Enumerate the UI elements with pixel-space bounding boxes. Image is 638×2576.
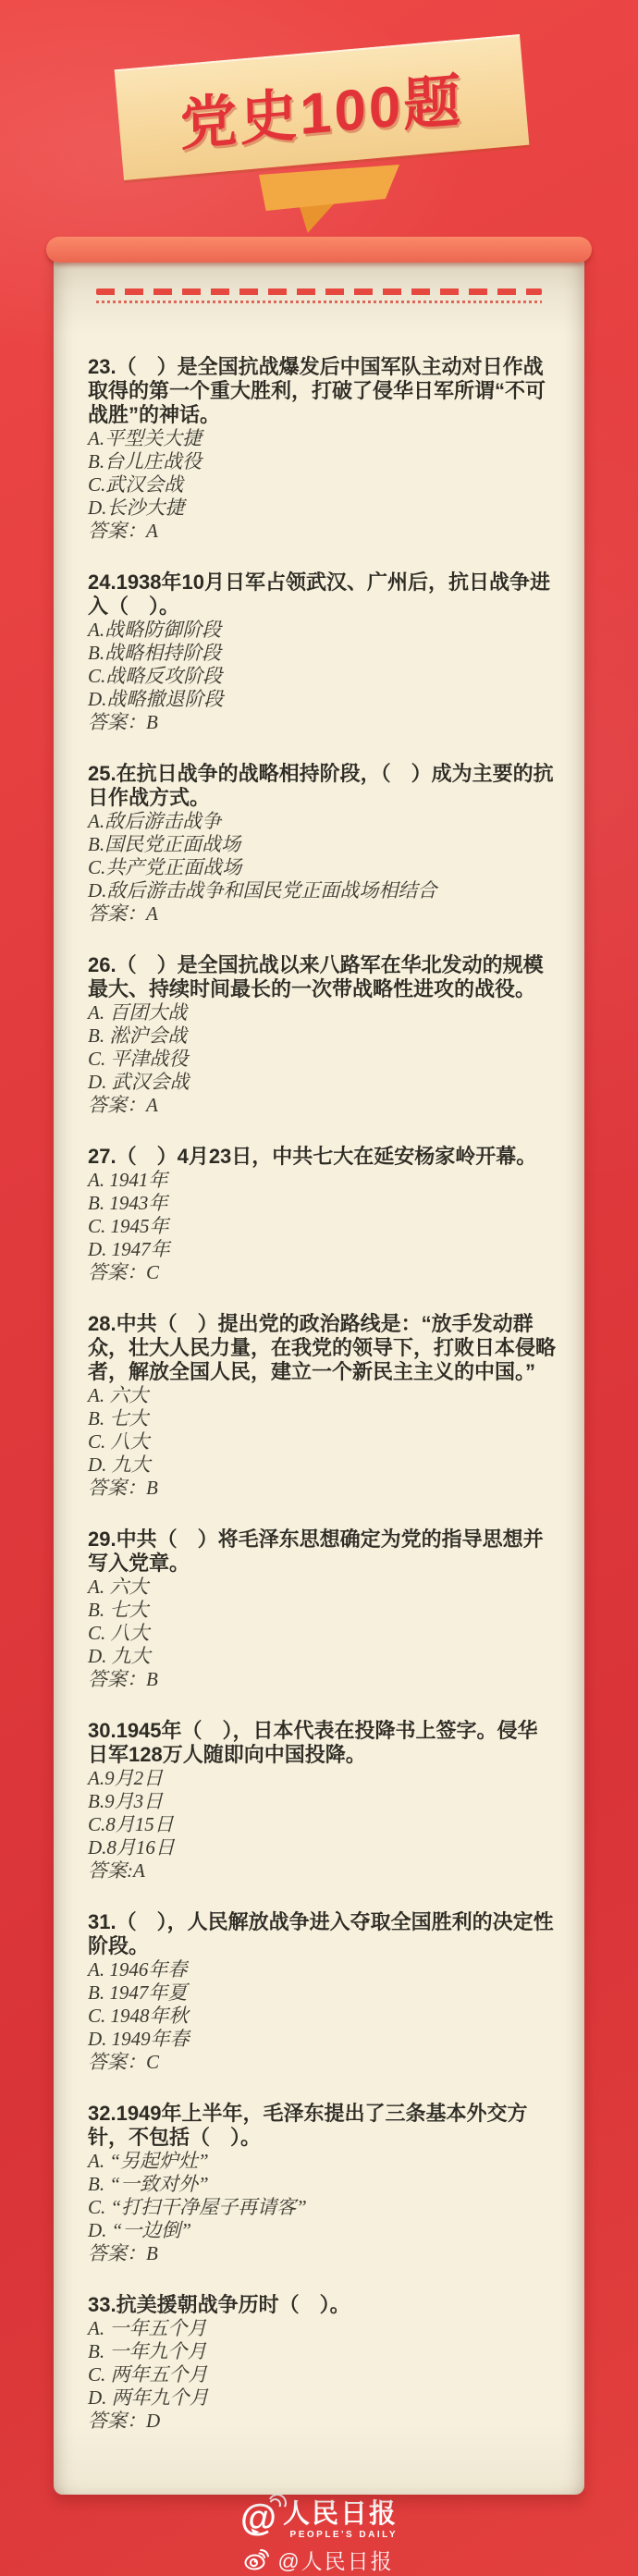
option-list: A.9月2日B.9月3日C.8月15日D.8月16日 [88, 1767, 550, 1859]
logo-text-column: 人民日报 PEOPLE'S DAILY [283, 2499, 398, 2540]
logo-subtitle: PEOPLE'S DAILY [290, 2530, 398, 2540]
question-option: D. 1947年 [88, 1238, 550, 1261]
question-item: 23.（ ）是全国抗战爆发后中国军队主动对日作战取得的第一个重大胜利，打破了侵华… [88, 355, 550, 543]
question-option: C.战略反攻阶段 [88, 665, 550, 688]
question-option: C.8月15日 [88, 1813, 550, 1836]
weibo-icon [244, 2549, 269, 2570]
question-answer: 答案：A [88, 902, 550, 926]
question-item: 28.中共（ ）提出党的政治路线是：“放手发动群众，壮大人民力量，在我党的领导下… [88, 1312, 550, 1500]
dashed-divider [96, 288, 542, 295]
question-text: 33.抗美援朝战争历时（ ）。 [88, 2293, 556, 2317]
question-option: D. 1949年春 [88, 2028, 550, 2051]
option-list: A. 百团大战B. 淞沪会战C. 平津战役D. 武汉会战 [88, 1001, 550, 1094]
question-item: 32.1949年上半年，毛泽东提出了三条基本外交方针，不包括（ ）。 A. “另… [88, 2102, 550, 2265]
question-option: B.战略相持阶段 [88, 642, 550, 665]
question-answer: 答案：B [88, 2242, 550, 2265]
question-list: 23.（ ）是全国抗战爆发后中国军队主动对日作战取得的第一个重大胜利，打破了侵华… [54, 303, 584, 2433]
question-option: D.敌后游击战争和国民党正面战场相结合 [88, 879, 550, 902]
question-option: C. 八大 [88, 1622, 550, 1645]
question-item: 30.1945年（ ），日本代表在投降书上签字。侵华日军128万人随即向中国投降… [88, 1719, 550, 1883]
question-option: C. 八大 [88, 1430, 550, 1454]
question-text: 31.（ ），人民解放战争进入夺取全国胜利的决定性阶段。 [88, 1910, 556, 1958]
option-list: A. 一年五个月B. 一年九个月C. 两年五个月D. 两年九个月 [88, 2317, 550, 2410]
question-text: 26.（ ）是全国抗战以来八路军在华北发动的规模最大、持续时间最长的一次带战略性… [88, 953, 556, 1001]
option-list: A.敌后游击战争B.国民党正面战场C.共产党正面战场D.敌后游击战争和国民党正面… [88, 810, 550, 902]
question-text: 28.中共（ ）提出党的政治路线是：“放手发动群众，壮大人民力量，在我党的领导下… [88, 1312, 556, 1384]
peoples-daily-logo: @ 人民日报 PEOPLE'S DAILY [240, 2499, 398, 2540]
question-option: A. 1941年 [88, 1169, 550, 1192]
question-option: C. 两年五个月 [88, 2363, 550, 2386]
question-option: A.平型关大捷 [88, 427, 550, 450]
question-option: C.武汉会战 [88, 473, 550, 497]
option-list: A. 1946年春B. 1947年夏C. 1948年秋D. 1949年春 [88, 1958, 550, 2051]
question-option: A.战略防御阶段 [88, 619, 550, 642]
question-item: 31.（ ），人民解放战争进入夺取全国胜利的决定性阶段。 A. 1946年春B.… [88, 1910, 550, 2074]
question-item: 29.中共（ ）将毛泽东思想确定为党的指导思想并写入党章。 A. 六大B. 七大… [88, 1527, 550, 1691]
question-option: D. 九大 [88, 1454, 550, 1477]
question-option: B.台儿庄战役 [88, 450, 550, 473]
question-option: B. 1943年 [88, 1192, 550, 1215]
footer: @ 人民日报 PEOPLE'S DAILY @人民日报 [0, 2499, 638, 2575]
option-list: A.战略防御阶段B.战略相持阶段C.战略反攻阶段D.战略撤退阶段 [88, 619, 550, 711]
question-option: B. 七大 [88, 1599, 550, 1622]
logo-title: 人民日报 [283, 2499, 398, 2529]
question-answer: 答案：B [88, 1668, 550, 1691]
question-item: 26.（ ）是全国抗战以来八路军在华北发动的规模最大、持续时间最长的一次带战略性… [88, 953, 550, 1117]
question-option: B.9月3日 [88, 1790, 550, 1813]
title-banner: 党史100题 [115, 34, 530, 180]
question-option: B. 淞沪会战 [88, 1024, 550, 1048]
question-option: C. “打扫干净屋子再请客” [88, 2196, 550, 2219]
at-logo-icon: @ [240, 2499, 276, 2536]
question-option: D.长沙大捷 [88, 497, 550, 520]
option-list: A. 六大B. 七大C. 八大D. 九大 [88, 1384, 550, 1477]
question-option: A. 1946年春 [88, 1958, 550, 1981]
question-option: A. 一年五个月 [88, 2317, 550, 2340]
question-option: B.国民党正面战场 [88, 833, 550, 856]
question-text: 23.（ ）是全国抗战爆发后中国军队主动对日作战取得的第一个重大胜利，打破了侵华… [88, 355, 556, 427]
question-answer: 答案：A [88, 520, 550, 543]
option-list: A.平型关大捷B.台儿庄战役C.武汉会战D.长沙大捷 [88, 427, 550, 520]
question-text: 25.在抗日战争的战略相持阶段，（ ）成为主要的抗日作战方式。 [88, 762, 556, 810]
weibo-handle: @人民日报 [277, 2545, 393, 2575]
question-option: C. 1948年秋 [88, 2005, 550, 2028]
question-text: 29.中共（ ）将毛泽东思想确定为党的指导思想并写入党章。 [88, 1527, 556, 1576]
question-option: B. “一致对外” [88, 2173, 550, 2196]
question-text: 32.1949年上半年，毛泽东提出了三条基本外交方针，不包括（ ）。 [88, 2102, 556, 2150]
question-option: D. 九大 [88, 1645, 550, 1668]
question-item: 33.抗美援朝战争历时（ ）。 A. 一年五个月B. 一年九个月C. 两年五个月… [88, 2293, 550, 2433]
paper-rules [96, 288, 542, 303]
question-option: D.8月16日 [88, 1836, 550, 1859]
question-item: 24.1938年10月日军占领武汉、广州后，抗日战争进入（ ）。 A.战略防御阶… [88, 570, 550, 734]
question-option: A. 百团大战 [88, 1001, 550, 1024]
question-option: B. 1947年夏 [88, 1981, 550, 2005]
banner-ribbon-fold [259, 165, 399, 211]
question-option: C. 平津战役 [88, 1048, 550, 1071]
question-item: 27.（ ）4月23日，中共七大在延安杨家岭开幕。 A. 1941年B. 194… [88, 1145, 550, 1284]
question-option: D.战略撤退阶段 [88, 688, 550, 711]
question-item: 25.在抗日战争的战略相持阶段，（ ）成为主要的抗日作战方式。 A.敌后游击战争… [88, 762, 550, 926]
question-answer: 答案：D [88, 2410, 550, 2433]
question-option: A. “另起炉灶” [88, 2150, 550, 2173]
notepad-clip-bar [46, 237, 592, 263]
question-option: C.共产党正面战场 [88, 856, 550, 879]
question-answer: 答案：C [88, 1261, 550, 1284]
question-answer: 答案：B [88, 711, 550, 734]
weibo-row: @人民日报 [244, 2545, 393, 2575]
question-answer: 答案:A [88, 1859, 550, 1883]
question-option: A. 六大 [88, 1384, 550, 1407]
option-list: A. 1941年B. 1943年C. 1945年D. 1947年 [88, 1169, 550, 1261]
quiz-paper: 23.（ ）是全国抗战爆发后中国军队主动对日作战取得的第一个重大胜利，打破了侵华… [54, 250, 584, 2495]
question-option: A.9月2日 [88, 1767, 550, 1790]
option-list: A. 六大B. 七大C. 八大D. 九大 [88, 1576, 550, 1668]
question-option: B. 七大 [88, 1407, 550, 1430]
question-text: 30.1945年（ ），日本代表在投降书上签字。侵华日军128万人随即向中国投降… [88, 1719, 556, 1767]
question-answer: 答案：C [88, 2051, 550, 2074]
option-list: A. “另起炉灶”B. “一致对外”C. “打扫干净屋子再请客”D. “一边倒” [88, 2150, 550, 2242]
question-option: D. 两年九个月 [88, 2386, 550, 2410]
question-answer: 答案：B [88, 1477, 550, 1500]
question-option: C. 1945年 [88, 1215, 550, 1238]
question-option: A. 六大 [88, 1576, 550, 1599]
question-option: B. 一年九个月 [88, 2340, 550, 2363]
question-text: 27.（ ）4月23日，中共七大在延安杨家岭开幕。 [88, 1145, 556, 1169]
question-option: D. 武汉会战 [88, 1071, 550, 1094]
question-option: A.敌后游击战争 [88, 810, 550, 833]
question-answer: 答案：A [88, 1094, 550, 1117]
page-title: 党史100题 [179, 54, 464, 161]
question-option: D. “一边倒” [88, 2219, 550, 2242]
question-text: 24.1938年10月日军占领武汉、广州后，抗日战争进入（ ）。 [88, 570, 556, 619]
